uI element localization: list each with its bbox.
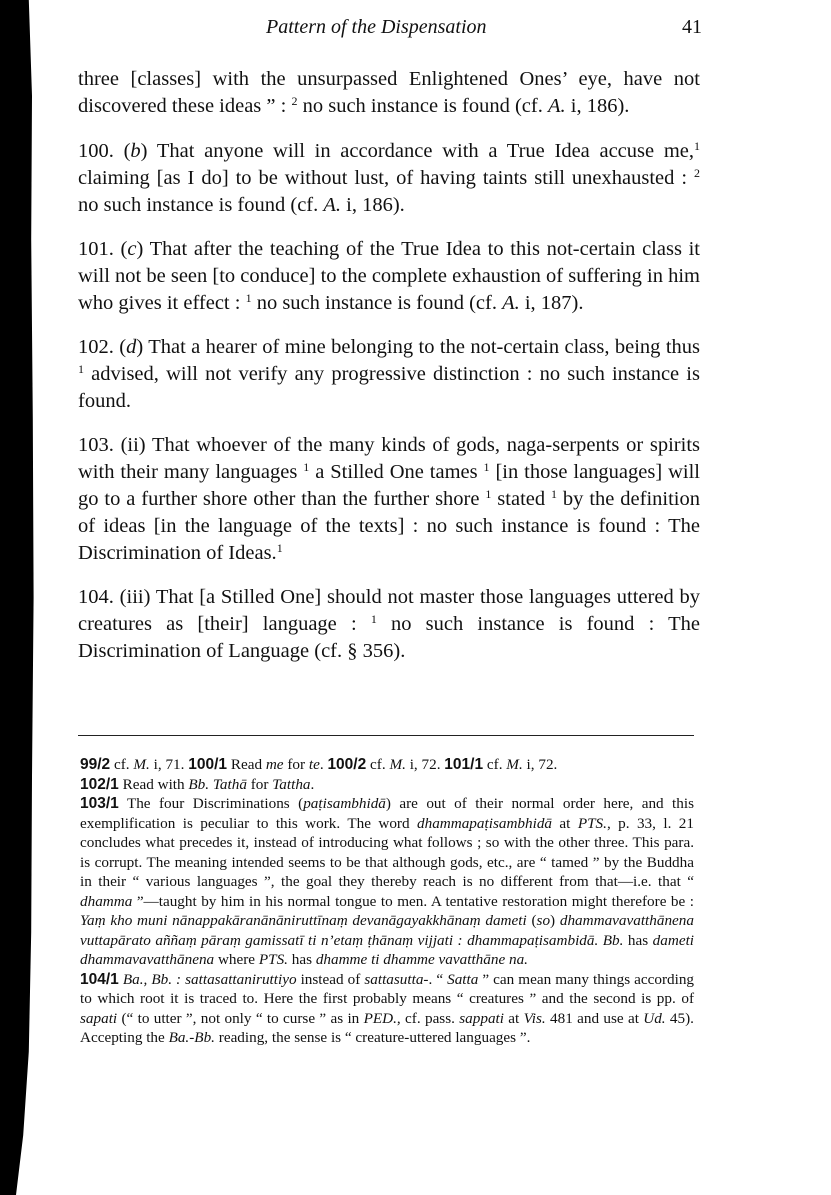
- footnotes: 99/2 cf. M. i, 71. 100/1 Read me for te.…: [80, 755, 694, 1048]
- footnote-reference: 104/1: [80, 971, 119, 988]
- footnote-marker: 1: [694, 139, 700, 153]
- running-title: Pattern of the Dispensation: [266, 16, 487, 39]
- footnote-marker: 1: [246, 291, 252, 305]
- page-number: 41: [682, 16, 702, 39]
- running-head: Pattern of the Dispensation 41: [78, 16, 700, 46]
- footnote-reference: 101/1: [444, 756, 483, 773]
- footnote-marker: 2: [291, 94, 297, 108]
- paragraph-102: 102. (d) That a hearer of mine belonging…: [78, 334, 700, 415]
- footnote-reference: 99/2: [80, 756, 110, 773]
- footnote-marker: 1: [551, 487, 557, 501]
- footnote-102-1: 102/1 Read with Bb. Tathā for Tattha.: [80, 775, 694, 795]
- footnote-marker: 1: [78, 362, 84, 376]
- footnote-marker: 1: [371, 612, 377, 626]
- footnote-marker: 1: [277, 541, 283, 555]
- paragraph-104: 104. (iii) That [a Stilled One] should n…: [78, 584, 700, 665]
- footnote-reference: 102/1: [80, 776, 119, 793]
- footnote-reference: 100/1: [188, 756, 227, 773]
- scan-binding-shadow: [0, 0, 40, 1195]
- footnote-reference: 103/1: [80, 795, 119, 812]
- footnote-marker: 2: [694, 166, 700, 180]
- paragraph-100: 100. (b) That anyone will in accordance …: [78, 138, 700, 219]
- footnote-divider: [78, 735, 694, 736]
- paragraph-99-continued: three [classes] with the unsurpassed Enl…: [78, 66, 700, 120]
- paragraph-103: 103. (ii) That whoever of the many kinds…: [78, 432, 700, 567]
- footnote-marker: 1: [484, 460, 490, 474]
- footnote-marker: 1: [303, 460, 309, 474]
- footnote-104-1: 104/1 Ba., Bb. : sattasattaniruttiyo ins…: [80, 970, 694, 1048]
- footnote-marker: 1: [485, 487, 491, 501]
- paragraph-101: 101. (c) That after the teaching of the …: [78, 236, 700, 317]
- body-text: three [classes] with the unsurpassed Enl…: [78, 66, 700, 682]
- footnote-103-1: 103/1 The four Discriminations (paṭisamb…: [80, 794, 694, 970]
- footnote-reference: 100/2: [327, 756, 366, 773]
- footnote-line: 99/2 cf. M. i, 71. 100/1 Read me for te.…: [80, 755, 694, 775]
